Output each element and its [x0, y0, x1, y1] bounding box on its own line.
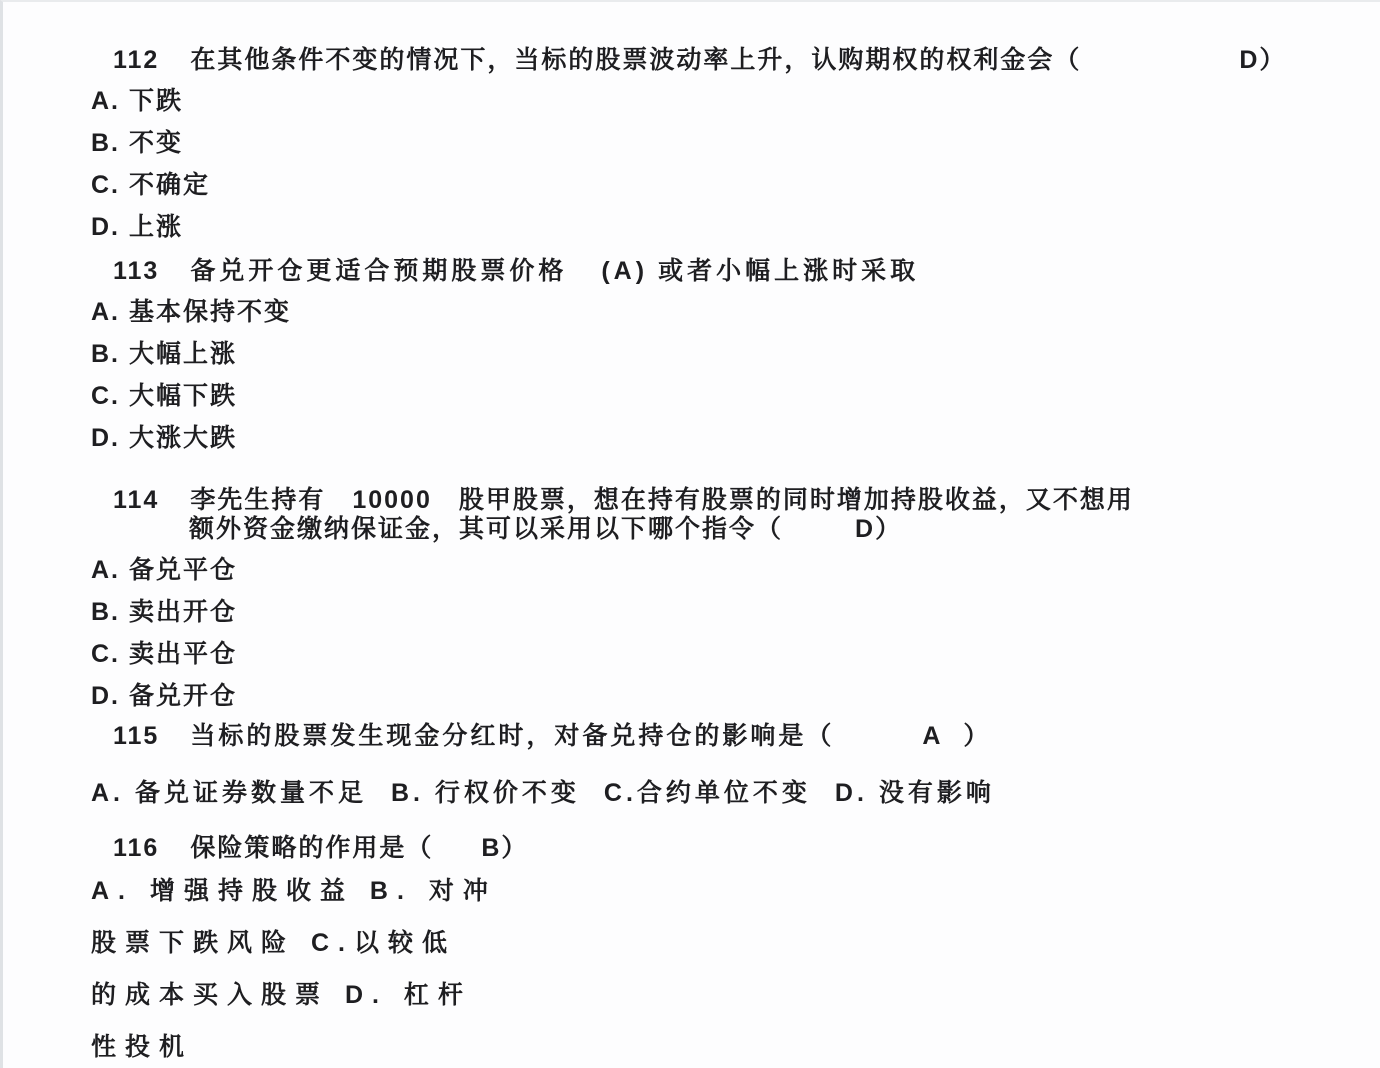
option-item-c: C. 大幅下跌: [91, 382, 1380, 411]
question-116-options-line-4: 性投机: [91, 1033, 1380, 1062]
question-116-stem-line: 116保险策略的作用是（B）: [91, 834, 1380, 863]
question-block-114: 114李先生持有 10000 股甲股票，想在持有股票的同时增加持股收益，又不想用…: [91, 486, 1380, 711]
answer-label: A: [922, 722, 943, 750]
question-115-options-line: A. 备兑证券数量不足B. 行权价不变C.合约单位不变D. 没有影响: [91, 779, 1380, 808]
question-113-stem-line: 113备兑开仓更适合预期股票价格(A)或者小幅上涨时采取: [91, 257, 1380, 286]
question-number: 115: [113, 722, 159, 751]
question-116-options-line-3: 的成本买入股票 D. 杠杆: [91, 981, 1380, 1010]
option-item-b: B. 不变: [91, 129, 1380, 158]
question-stem-continued: 额外资金缴纳保证金，其可以采用以下哪个指令（: [189, 515, 783, 543]
exam-document-page: 112在其他条件不变的情况下，当标的股票波动率上升，认购期权的权利金会（D） A…: [0, 0, 1380, 1068]
option-item-d: D. 没有影响: [835, 779, 995, 807]
answer-label: D）: [855, 515, 902, 543]
answer-close-paren: ）: [963, 722, 991, 750]
question-112-stem-line: 112在其他条件不变的情况下，当标的股票波动率上升，认购期权的权利金会（D）: [91, 46, 1380, 75]
answer-label: D）: [1239, 46, 1286, 74]
question-116-options-line-2: 股票下跌风险 C.以较低: [91, 929, 1380, 958]
question-116-options-line-1: A. 增强持股收益 B. 对冲: [91, 877, 1380, 906]
question-block-113: 113备兑开仓更适合预期股票价格(A)或者小幅上涨时采取 A. 基本保持不变 B…: [91, 257, 1380, 453]
question-number: 114: [113, 486, 159, 515]
question-number: 116: [113, 834, 159, 863]
question-block-112: 112在其他条件不变的情况下，当标的股票波动率上升，认购期权的权利金会（D） A…: [91, 46, 1380, 242]
option-item-a: A. 备兑平仓: [91, 556, 1380, 585]
answer-label: (A): [601, 257, 648, 285]
question-stem: 在其他条件不变的情况下，当标的股票波动率上升，认购期权的权利金会（: [190, 46, 1081, 74]
option-item-a: A. 下跌: [91, 87, 1380, 116]
option-item-b: B. 卖出开仓: [91, 598, 1380, 627]
question-115-stem-line: 115当标的股票发生现金分红时，对备兑持仓的影响是（A）: [91, 722, 1380, 751]
option-item-c: C. 不确定: [91, 171, 1380, 200]
option-item-a: A. 基本保持不变: [91, 298, 1380, 327]
option-item-c: C.合约单位不变: [604, 779, 811, 807]
question-114-stem-line-1: 114李先生持有 10000 股甲股票，想在持有股票的同时增加持股收益，又不想用: [91, 486, 1380, 515]
option-item-c: C. 卖出平仓: [91, 640, 1380, 669]
option-item-b: B. 大幅上涨: [91, 340, 1380, 369]
question-number: 113: [113, 257, 159, 286]
question-stem: 李先生持有 10000 股甲股票，想在持有股票的同时增加持股收益，又不想用: [190, 486, 1134, 514]
question-block-116: 116保险策略的作用是（B） A. 增强持股收益 B. 对冲 股票下跌风险 C.…: [91, 834, 1380, 1062]
option-item-d: D. 大涨大跌: [91, 424, 1380, 453]
question-stem: 备兑开仓更适合预期股票价格: [190, 257, 567, 285]
answer-label: B）: [481, 834, 528, 862]
question-114-stem-line-2: 额外资金缴纳保证金，其可以采用以下哪个指令（D）: [189, 515, 1380, 544]
question-stem-continued: 或者小幅上涨时采取: [658, 257, 919, 285]
question-stem: 当标的股票发生现金分红时，对备兑持仓的影响是（: [190, 722, 834, 750]
question-stem: 保险策略的作用是（: [190, 834, 433, 862]
question-block-115: 115当标的股票发生现金分红时，对备兑持仓的影响是（A） A. 备兑证券数量不足…: [91, 722, 1380, 808]
option-item-d: D. 备兑开仓: [91, 682, 1380, 711]
question-number: 112: [113, 46, 159, 75]
option-item-a: A. 备兑证券数量不足: [91, 779, 367, 807]
option-item-b: B. 行权价不变: [391, 779, 580, 807]
option-item-d: D. 上涨: [91, 213, 1380, 242]
